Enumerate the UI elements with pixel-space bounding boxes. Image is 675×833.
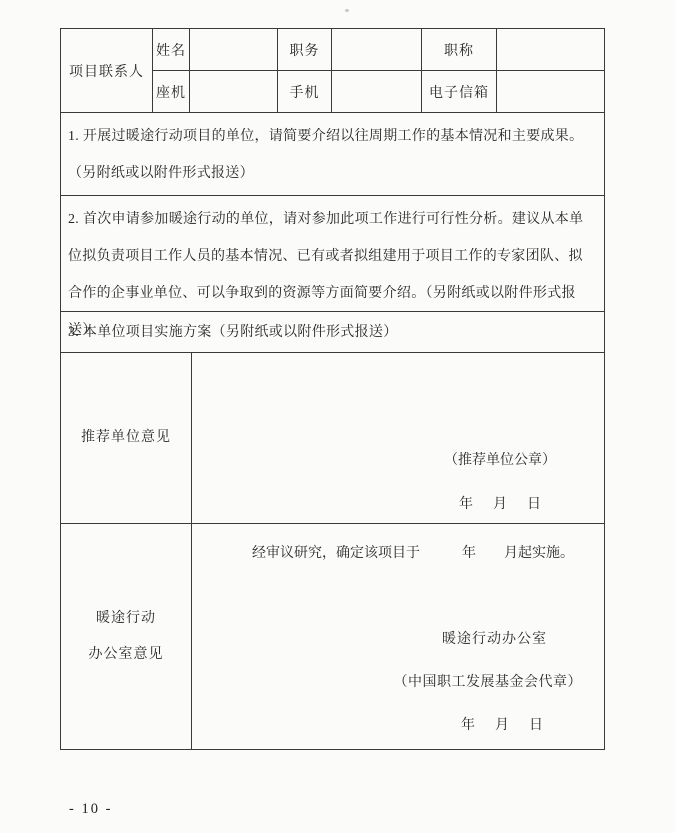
office-opinion-content: 经审议研究，确定该项目于 年 月起实施。 暖途行动办公室 （中国职工发展基金会代… [192, 524, 604, 749]
name-label: 姓名 [153, 29, 190, 71]
mobile-label: 手机 [278, 71, 332, 113]
recommend-opinion-row: 推荐单位意见 （推荐单位公章） 年 月 日 [61, 353, 604, 524]
email-label: 电子信箱 [422, 71, 497, 113]
position-label: 职务 [278, 29, 332, 71]
name-value [190, 29, 278, 71]
section-2-text: 2. 首次申请参加暖途行动的单位，请对参加此项工作进行可行性分析。建议从本单位拟… [61, 196, 604, 312]
scanned-form-page: { "page": { "footer_page_number": "- 10 … [0, 0, 675, 833]
section-3-text: 3. 本单位项目实施方案（另附纸或以附件形式报送） [61, 312, 604, 353]
mobile-value [332, 71, 422, 113]
title-label: 职称 [422, 29, 497, 71]
page-number: - 10 - [69, 801, 112, 818]
office-opinion-label-line1: 暖途行动 [96, 611, 156, 627]
landline-label: 座机 [153, 71, 190, 113]
office-signer: 暖途行动办公室 [442, 628, 547, 648]
landline-value [190, 71, 278, 113]
recommend-seal-note: （推荐单位公章） [444, 449, 556, 469]
office-decision-text: 经审议研究，确定该项目于 年 月起实施。 [252, 542, 574, 562]
contact-person-label: 项目联系人 [61, 29, 153, 113]
office-opinion-label-line2: 办公室意见 [89, 647, 164, 663]
recommend-opinion-label: 推荐单位意见 [61, 353, 192, 523]
recommend-date-line: 年 月 日 [459, 493, 544, 513]
section-1-text: 1. 开展过暖途行动项目的单位，请简要介绍以往周期工作的基本情况和主要成果。（另… [61, 113, 604, 196]
office-seal-note: （中国职工发展基金会代章） [394, 671, 583, 691]
application-form-table: 项目联系人 姓名 职务 职称 座机 手机 电子信箱 1. 开展过暖途行动项目的单… [60, 28, 605, 750]
scan-speck [345, 9, 349, 12]
title-value [497, 29, 604, 71]
recommend-opinion-content: （推荐单位公章） 年 月 日 [192, 353, 604, 523]
office-opinion-row: 暖途行动 办公室意见 经审议研究，确定该项目于 年 月起实施。 暖途行动办公室 … [61, 524, 604, 749]
contact-section: 项目联系人 姓名 职务 职称 座机 手机 电子信箱 [61, 29, 604, 113]
position-value [332, 29, 422, 71]
office-date-line: 年 月 日 [461, 714, 546, 734]
office-opinion-label: 暖途行动 办公室意见 [61, 524, 192, 749]
recommend-opinion-label-text: 推荐单位意见 [81, 430, 171, 446]
email-value [497, 71, 604, 113]
